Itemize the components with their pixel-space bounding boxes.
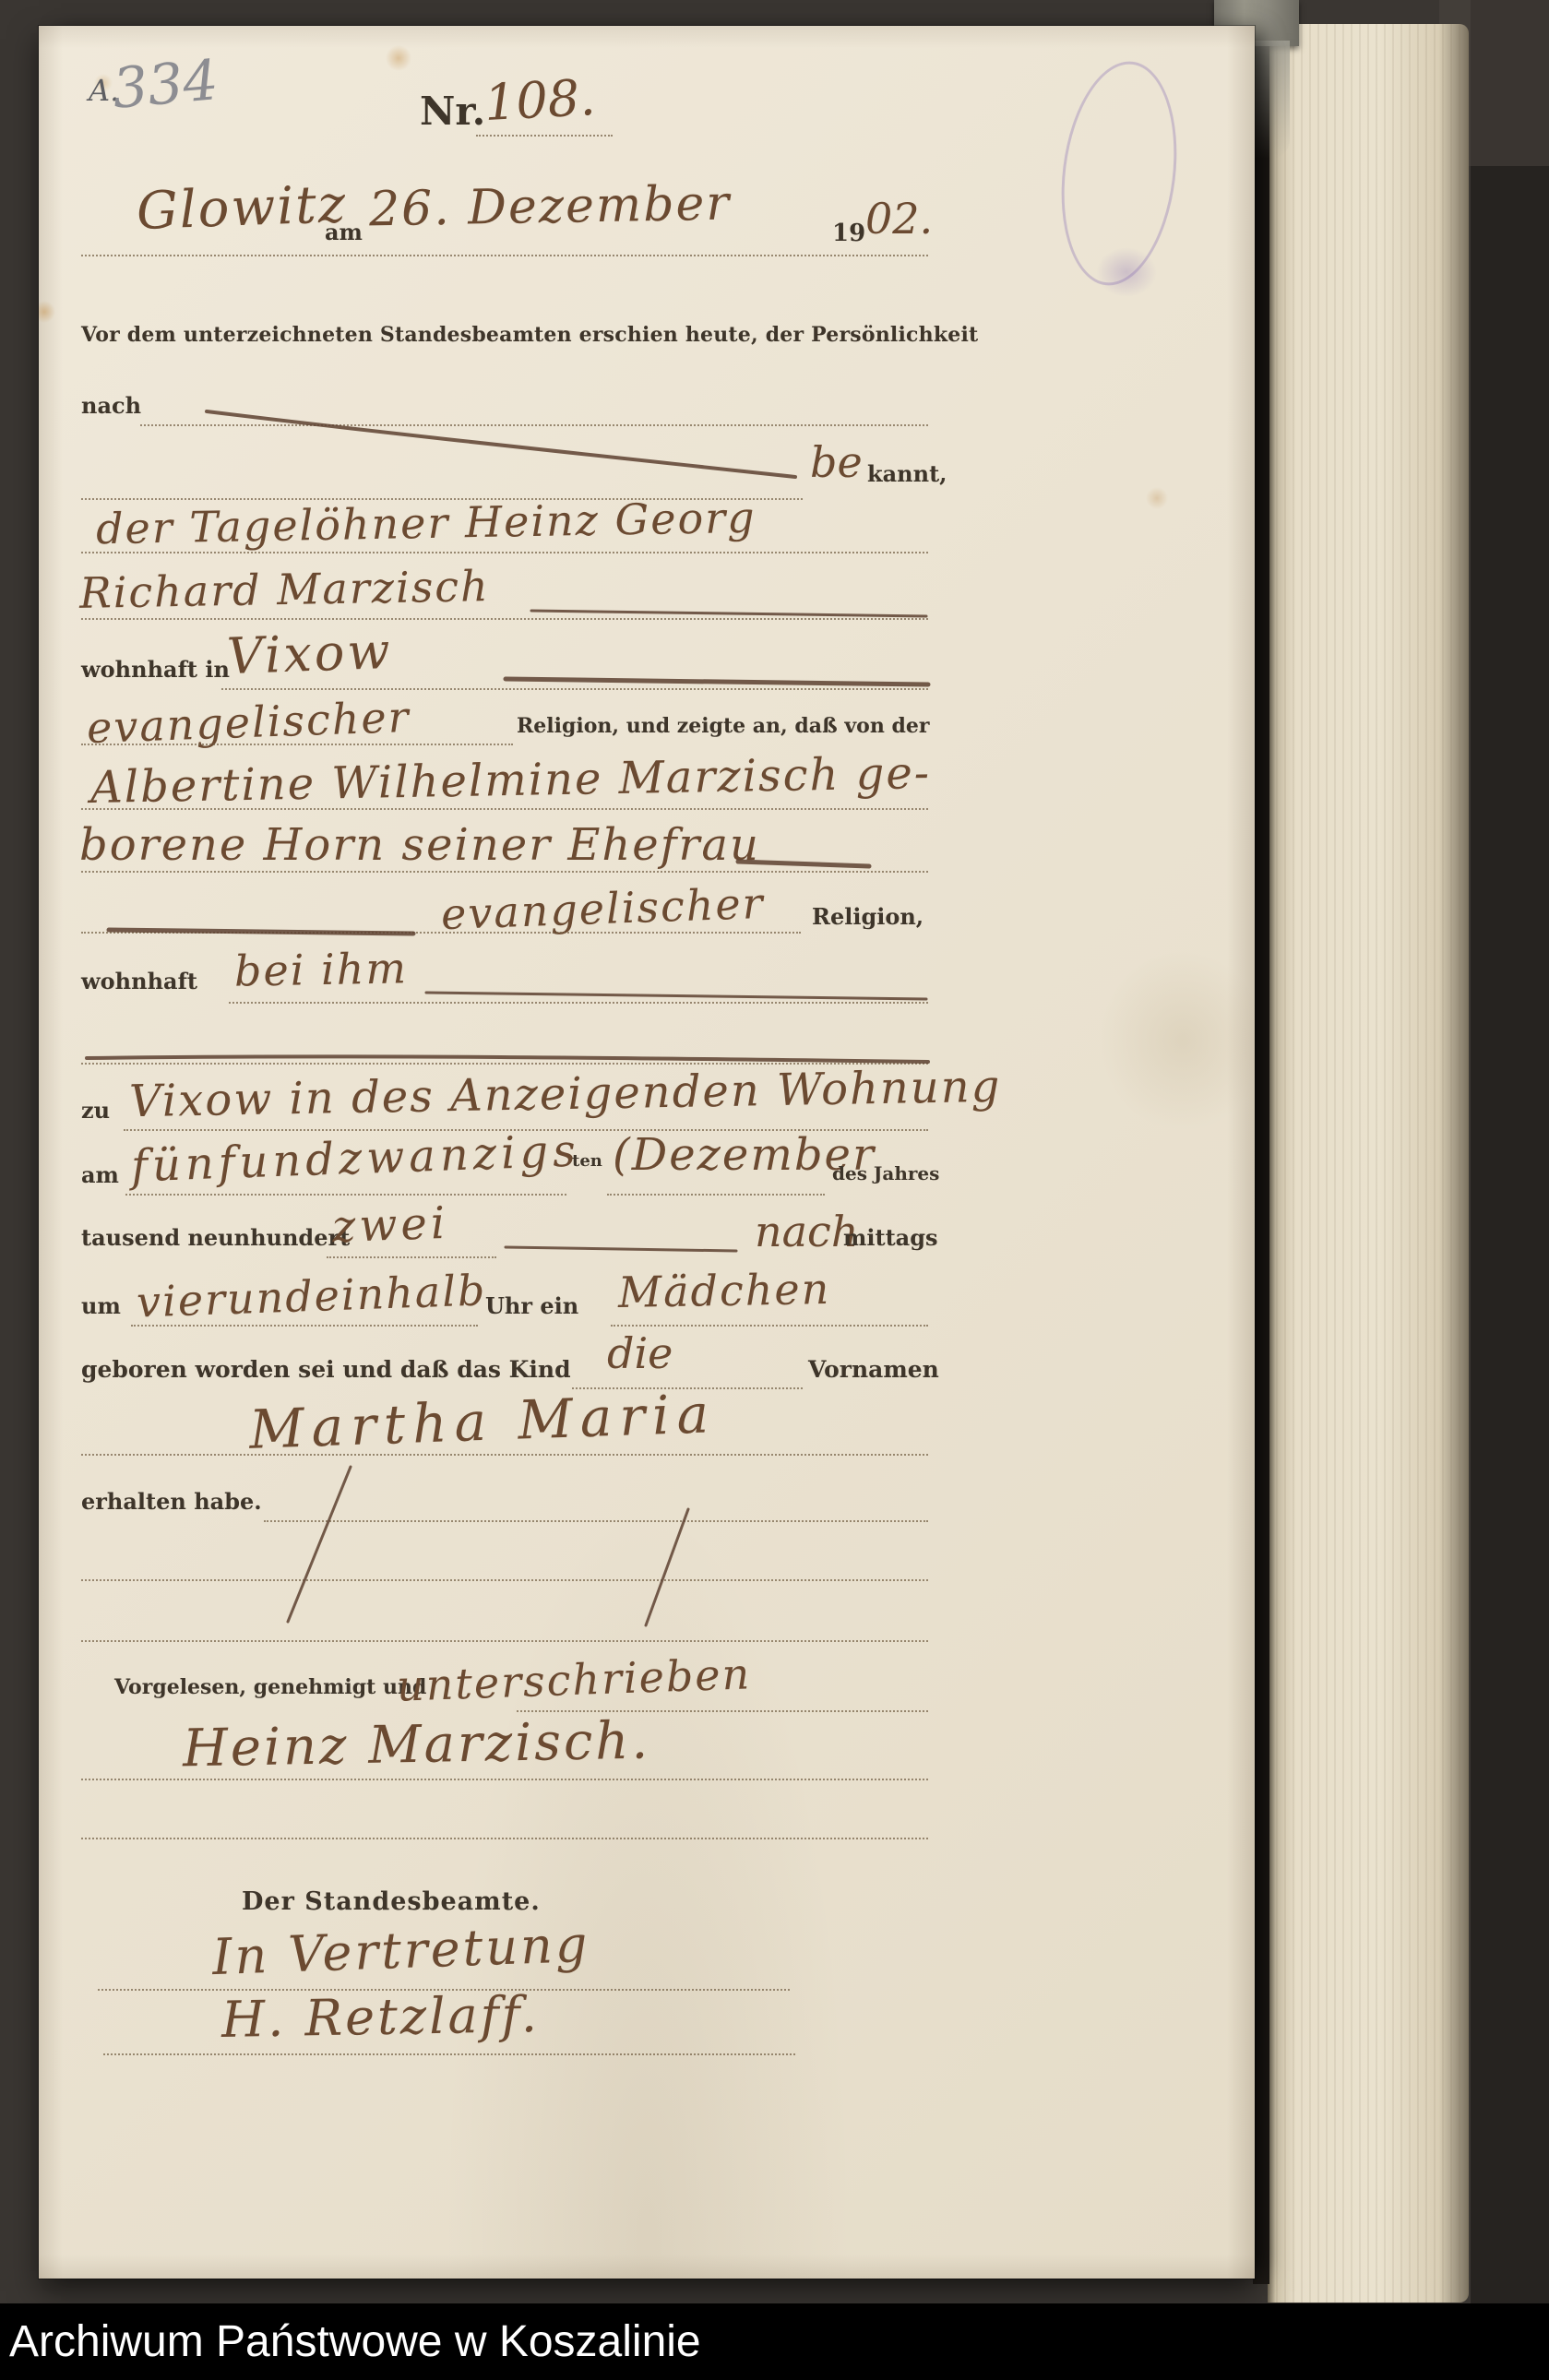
dotted-rule <box>103 2053 795 2055</box>
page-gutter-shadow <box>1253 22 1269 2284</box>
am2-label: am <box>81 1164 119 1186</box>
dotted-rule <box>476 135 613 137</box>
unterschrieben-hand: unterschrieben <box>396 1652 752 1707</box>
child-names: Martha Maria <box>248 1386 717 1457</box>
tausend-label: tausend neunhundert <box>81 1227 350 1249</box>
record-number-value: 108. <box>483 73 597 128</box>
declarant-line2: Richard Marzisch <box>79 565 490 614</box>
dotted-rule <box>81 255 928 256</box>
wohnhaft-in-label: wohnhaft in <box>81 659 230 681</box>
zu-label: zu <box>81 1100 110 1122</box>
religion2-hand: evangelischer <box>440 882 765 935</box>
nach-label: nach <box>81 395 141 417</box>
record-number-label: Nr. <box>420 92 485 131</box>
uhr-label: Uhr ein <box>485 1295 578 1317</box>
declarant-line1: der Tagelöhner Heinz Georg <box>96 496 757 550</box>
erhalten-label: erhalten habe. <box>81 1491 262 1513</box>
vornamen-label: Vornamen <box>808 1358 939 1381</box>
dotted-rule <box>81 1640 928 1642</box>
am-label: am <box>325 221 363 244</box>
dotted-rule <box>81 552 928 553</box>
oval-stamp-ink-blob <box>1096 247 1157 297</box>
residence-value: Vixow <box>226 626 393 682</box>
place-value: Glowitz <box>136 179 348 238</box>
jahres-label: des Jahres <box>832 1164 939 1183</box>
bekannt-hand: be <box>810 441 863 483</box>
declarant-signature: Heinz Marzisch. <box>183 1716 651 1776</box>
um-label: um <box>81 1295 121 1317</box>
sex-hand: Mädchen <box>618 1267 831 1314</box>
mother-line1: Albertine Wilhelmine Marzisch ge- <box>90 751 932 810</box>
die-hand: die <box>607 1332 673 1374</box>
dotted-rule <box>81 1779 928 1780</box>
bei-ihm-hand: bei ihm <box>234 946 409 992</box>
dotted-rule <box>611 1325 928 1327</box>
dotted-rule <box>81 871 928 873</box>
archive-scan: A. 334 Nr. 108. Glowitz am 26. Dezember … <box>0 0 1549 2380</box>
bekannt-printed: kannt, <box>867 463 947 485</box>
registrar-in-vertretung: In Vertretung <box>211 1920 590 1982</box>
archive-footer-bar: Archiwum Państwowe w Koszalinie <box>0 2303 1549 2380</box>
dotted-rule <box>125 1194 566 1196</box>
geboren-label: geboren worden sei und daß das Kind <box>81 1358 571 1381</box>
date-value: 26. Dezember <box>369 180 732 234</box>
registrar-title: Der Standesbeamte. <box>242 1889 541 1914</box>
dotted-rule <box>81 1579 928 1581</box>
dotted-rule <box>81 932 801 934</box>
dotted-rule <box>607 1194 825 1196</box>
mittags-label: mittags <box>843 1227 938 1249</box>
backdrop-right <box>1471 0 1549 2380</box>
pencil-folio-number: 334 <box>111 53 220 117</box>
dotted-rule <box>327 1256 496 1258</box>
dotted-rule <box>140 424 928 426</box>
vorgelesen-label: Vorgelesen, genehmigt und <box>114 1677 426 1697</box>
dotted-rule <box>221 688 928 690</box>
intro-text: Vor dem unterzeichneten Standesbeamten e… <box>81 325 978 345</box>
dotted-rule <box>131 1325 478 1327</box>
religion2-printed: Religion, <box>812 906 923 928</box>
dotted-rule <box>81 1454 928 1456</box>
year-hand: 02. <box>865 197 933 240</box>
day-suffix-printed: ten <box>572 1153 602 1170</box>
book-fore-edge <box>1268 24 1469 2303</box>
year-word-hand: zwei <box>331 1201 449 1249</box>
dotted-rule <box>264 1520 928 1522</box>
mother-line2: borene Horn seiner Ehefrau <box>79 823 760 867</box>
wohnhaft2-label: wohnhaft <box>81 970 197 993</box>
time-hand: vierundeinhalb <box>136 1268 487 1323</box>
dotted-rule <box>81 1838 928 1839</box>
religion1-hand: evangelischer <box>86 696 411 749</box>
archive-name: Archiwum Państwowe w Koszalinie <box>9 2303 701 2380</box>
dotted-rule <box>81 744 513 745</box>
religion1-printed: Religion, und zeigte an, daß von der <box>517 716 929 736</box>
dotted-rule <box>81 618 928 620</box>
registrar-signature: H. Retzlaff. <box>221 1990 541 2045</box>
dotted-rule <box>229 1002 928 1004</box>
dotted-rule <box>81 808 928 810</box>
year-printed: 19 <box>832 221 865 245</box>
